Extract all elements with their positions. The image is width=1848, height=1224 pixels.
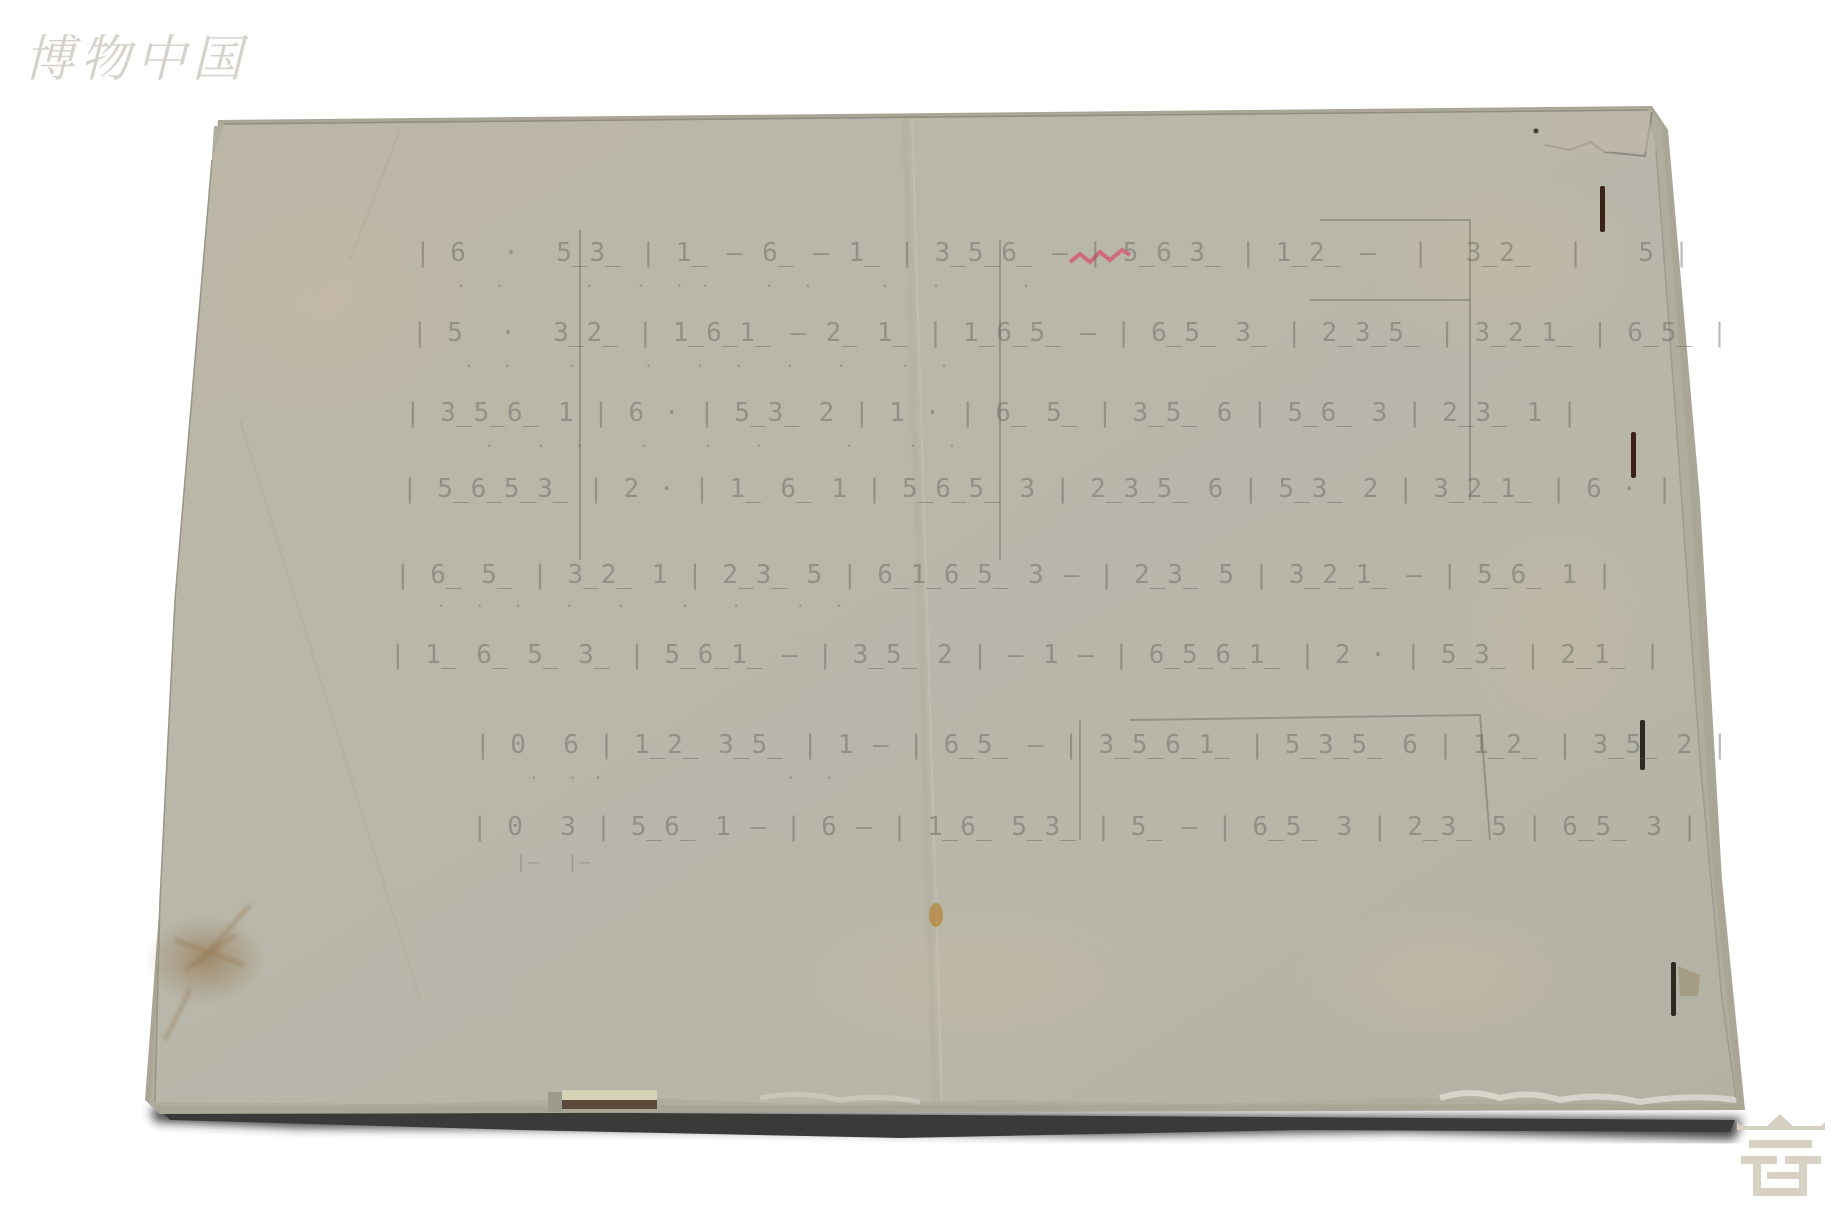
photo-stage: | 6 · 5̲3̲ | 1̲ — 6̲ — 1̲ | 3̲5̲6̲ — | 5…: [0, 0, 1848, 1224]
notation-row-5-sub: · · · · · · · · ·: [410, 596, 846, 617]
notation-row-8: | 0 3 | 5̲6̲ 1 — | 6 — | 1̲6̲ 5̲3̲ | 5̲ …: [472, 812, 1699, 842]
museum-pavilion-logo-icon: [1733, 1112, 1828, 1204]
notation-row-4: | 5̲6̲5̲3̲ | 2 · | 1̲ 6̲ 1 | 5̲6̲5̲ 3 | …: [402, 474, 1674, 504]
notation-row-7-sub: · · · · ·: [490, 768, 837, 789]
notation-row-3-sub: · · · · · · · · ·: [420, 436, 959, 457]
notation-row-1-sub: · · · · · · · · · · ·: [430, 276, 1033, 297]
notation-row-2-sub: · · · · · · · · · ·: [425, 356, 951, 377]
notation-row-5: | 6̲ 5̲ | 3̲2̲ 1 | 2̲3̲ 5 | 6̲1̲6̲5̲ 3 —…: [395, 560, 1614, 590]
notation-row-2: | 5 · 3̲2̲ | 1̲6̲1̲ — 2̲ 1̲ | 1̲6̲5̲ — |…: [412, 318, 1729, 348]
notation-row-8-sub: |— |—: [490, 852, 593, 873]
notation-row-1: | 6 · 5̲3̲ | 1̲ — 6̲ — 1̲ | 3̲5̲6̲ — | 5…: [415, 238, 1691, 268]
notation-row-7: | 0 6 | 1̲2̲ 3̲5̲ | 1 — | 6̲5̲ — | 3̲5̲6…: [475, 730, 1730, 760]
handwritten-notation: | 6 · 5̲3̲ | 1̲ — 6̲ — 1̲ | 3̲5̲6̲ — | 5…: [0, 0, 1848, 1224]
notation-row-3: | 3̲5̲6̲ 1 | 6 · | 5̲3̲ 2 | 1 · | 6̲ 5̲ …: [405, 398, 1579, 428]
notation-row-6: | 1̲ 6̲ 5̲ 3̲ | 5̲6̲1̲ — | 3̲5̲ 2 | — 1 …: [390, 640, 1662, 670]
